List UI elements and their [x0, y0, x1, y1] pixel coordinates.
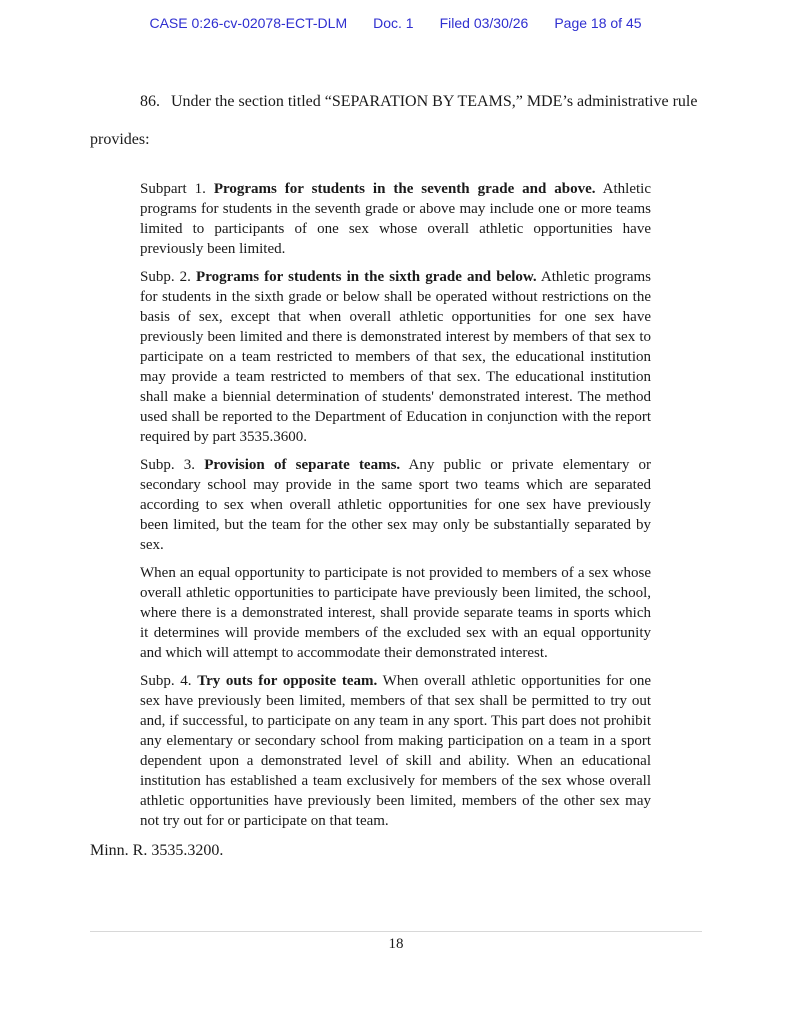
paragraph-86-text: Under the section titled “SEPARATION BY …: [90, 93, 697, 148]
subpart-2-text: Athletic programs for students in the si…: [140, 269, 651, 445]
rule-quote-section: Subpart 1. Programs for students in the …: [140, 179, 651, 831]
page-info: Page 18 of 45: [554, 15, 641, 31]
quote-subpart-1: Subpart 1. Programs for students in the …: [140, 179, 651, 259]
paragraph-number: 86.: [140, 93, 160, 110]
subpart-4-heading: Try outs for opposite team.: [197, 673, 377, 689]
subpart-4-text: When overall athletic opportunities for …: [140, 673, 651, 829]
document-page: CASE 0:26-cv-02078-ECT-DLM Doc. 1 Filed …: [0, 0, 791, 1024]
subpart-3-heading: Provision of separate teams.: [204, 457, 400, 473]
document-body: 86.Under the section titled “SEPARATION …: [90, 83, 700, 861]
paragraph-86: 86.Under the section titled “SEPARATION …: [90, 83, 700, 159]
subpart-1-label: Subpart 1.: [140, 181, 214, 197]
case-number: CASE 0:26-cv-02078-ECT-DLM: [149, 15, 347, 31]
quote-subpart-3: Subp. 3. Provision of separate teams. An…: [140, 455, 651, 555]
filed-date: Filed 03/30/26: [440, 15, 529, 31]
subpart-1-heading: Programs for students in the seventh gra…: [214, 181, 596, 197]
quote-subpart-2: Subp. 2. Programs for students in the si…: [140, 267, 651, 447]
page-number: 18: [389, 936, 404, 953]
subpart-4-label: Subp. 4.: [140, 673, 197, 689]
subpart-3-label: Subp. 3.: [140, 457, 204, 473]
subpart-2-heading: Programs for students in the sixth grade…: [196, 269, 537, 285]
quote-equal-opportunity: When an equal opportunity to participate…: [140, 563, 651, 663]
case-header: CASE 0:26-cv-02078-ECT-DLM Doc. 1 Filed …: [0, 0, 791, 31]
doc-number: Doc. 1: [373, 15, 413, 31]
rule-citation: Minn. R. 3535.3200.: [90, 841, 700, 861]
page-footer: 18: [90, 931, 702, 953]
equal-opportunity-text: When an equal opportunity to participate…: [140, 565, 651, 661]
quote-subpart-4: Subp. 4. Try outs for opposite team. Whe…: [140, 671, 651, 831]
subpart-2-label: Subp. 2.: [140, 269, 196, 285]
